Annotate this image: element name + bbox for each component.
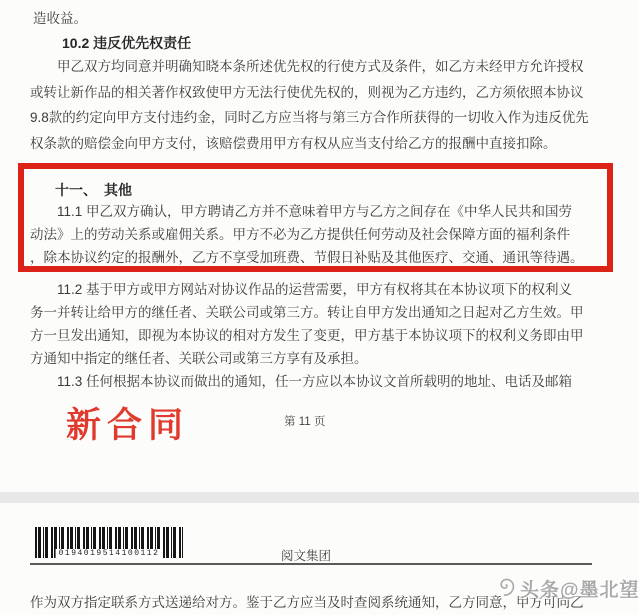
header-rule-line — [30, 563, 592, 565]
text-line: 权条款的赔偿金向甲方支付，该赔偿费用甲方有权从应当支付给乙方的报酬中直接扣除。 — [30, 131, 615, 157]
clause-11-1-paragraph: 11.1 甲乙双方确认，甲方聘请乙方并不意味着甲方与乙方之间存在《中华人民共和国… — [30, 200, 615, 269]
text-line: 甲乙双方均同意并明确知晓本条所述优先权的行使方式及条件，如乙方未经甲方允许授权 — [30, 54, 615, 80]
red-annotation-new-contract: 新合同 — [66, 398, 189, 448]
clause-11-2-paragraph: 11.2 基于甲方或甲方网站对协议作品的运营需要，甲方有权将其在本协议项下的权利… — [30, 278, 615, 370]
page-gap-separator — [0, 492, 639, 503]
watermark-text: 头条@墨北望 — [520, 575, 639, 602]
clause-11-3-paragraph: 11.3 任何根据本协议而做出的通知，任一方应以本协议文首所载明的地址、电话及邮… — [30, 370, 615, 393]
spiral-logo-icon — [494, 574, 518, 603]
contract-page-screenshot: 造收益。 10.2 违反优先权责任 甲乙双方均同意并明确知晓本条所述优先权的行使… — [0, 0, 639, 615]
text-line: 动法》上的劳动关系或雇佣关系。甲方不必为乙方提供任何劳动及社会保障方面的福利条件 — [30, 223, 615, 246]
section-10-2-heading: 10.2 违反优先权责任 — [62, 33, 191, 53]
watermark: 头条@墨北望 — [494, 574, 639, 603]
section-11-heading: 十一、 其他 — [55, 180, 132, 200]
paragraph-continuation: 造收益。 — [33, 7, 87, 30]
text-line: 11.1 甲乙双方确认，甲方聘请乙方并不意味着甲方与乙方之间存在《中华人民共和国… — [30, 200, 615, 223]
text-line: 11.2 基于甲方或甲方网站对协议作品的运营需要，甲方有权将其在本协议项下的权利… — [30, 278, 615, 301]
barcode: 0194019514100112 — [35, 527, 183, 558]
text-line: 或转让新作品的相关著作权致使甲方无法行使优先权的，则视为乙方违约，乙方须依照本协… — [30, 80, 615, 106]
text-line: 方一旦发出通知，即视为本协议的相对方发生了变更，甲方基于本协议项下的权利义务即由… — [30, 324, 615, 347]
company-name: 阅文集团 — [281, 546, 331, 564]
page-number: 第 11 页 — [284, 413, 325, 429]
text-line: 务一并转让给甲方的继任者、关联公司或第三方。转让自甲方发出通知之日起对乙方生效。… — [30, 301, 615, 324]
text-line: ，除本协议约定的报酬外，乙方不享受加班费、节假日补贴及其他医疗、交通、通讯等待遇… — [30, 246, 615, 269]
barcode-number: 0194019514100112 — [56, 549, 163, 558]
section-10-2-paragraph: 甲乙双方均同意并明确知晓本条所述优先权的行使方式及条件，如乙方未经甲方允许授权 … — [30, 54, 615, 156]
text-line: 方通知中指定的继任者、关联公司或第三方享有及承担。 — [30, 347, 615, 370]
text-line: 9.8款的约定向甲方支付违约金，同时乙方应当将与第三方合作所获得的一切收入作为违… — [30, 105, 615, 131]
text-line: 11.3 任何根据本协议而做出的通知，任一方应以本协议文首所载明的地址、电话及邮… — [30, 370, 615, 393]
